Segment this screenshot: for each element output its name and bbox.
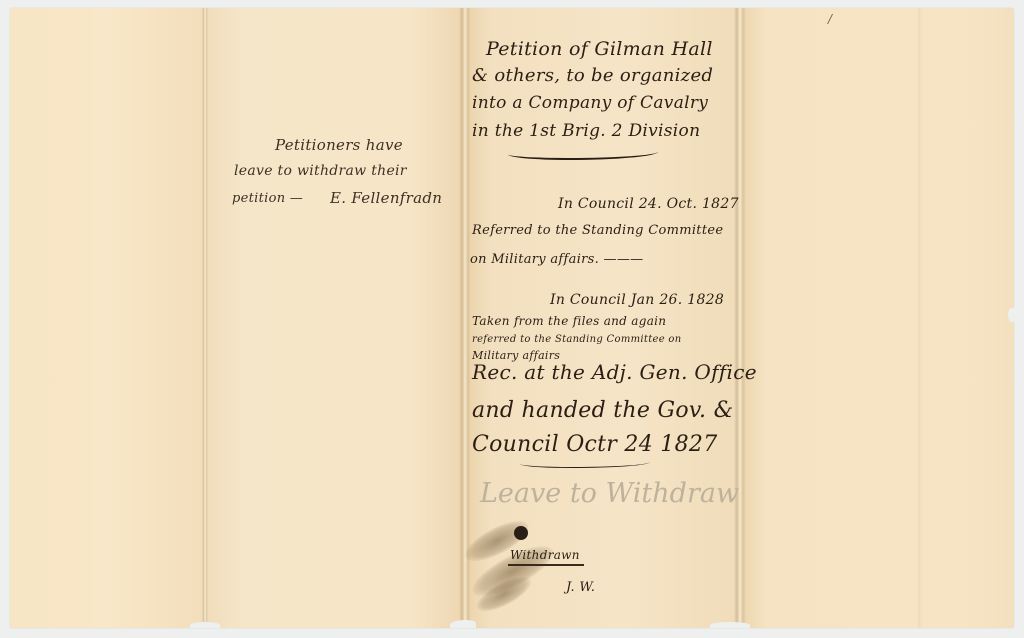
initials: J. W. <box>566 580 595 595</box>
ink-blot <box>514 526 528 540</box>
fold-crease <box>459 8 471 628</box>
title-line: Petition of Gilman Hall <box>486 38 713 60</box>
fold-crease <box>202 8 208 628</box>
fold-crease <box>918 8 922 628</box>
scanned-document: / Petitioners have leave to withdraw the… <box>0 0 1024 638</box>
receipt-line: and handed the Gov. & <box>472 398 734 423</box>
entry-line: Referred to the Standing Committee <box>472 223 723 238</box>
torn-edge <box>190 622 220 628</box>
torn-edge <box>710 622 750 628</box>
panel-left-inner <box>205 8 463 628</box>
panel-right <box>739 8 1014 628</box>
entry-line: referred to the Standing Committee on <box>472 334 682 345</box>
title-line: & others, to be organized <box>472 65 713 86</box>
entry-line: Taken from the files and again <box>472 314 666 328</box>
entry-heading: In Council 24. Oct. 1827 <box>558 196 739 212</box>
note-signature: E. Fellenfradn <box>330 189 442 207</box>
note-line: Petitioners have <box>275 136 403 154</box>
paper-sheet: / Petitioners have leave to withdraw the… <box>10 8 1014 628</box>
torn-edge <box>1008 308 1016 322</box>
receipt-line: Rec. at the Adj. Gen. Office <box>472 360 757 384</box>
withdrawn-underline <box>508 564 584 566</box>
corner-mark: / <box>828 12 832 26</box>
withdrawn-mark: Withdrawn <box>510 548 580 562</box>
entry-line: on Military affairs. ——— <box>470 252 643 267</box>
note-line: petition — <box>232 191 303 206</box>
torn-edge <box>450 620 476 628</box>
pencil-note: Leave to Withdraw <box>480 478 739 509</box>
fold-crease <box>734 8 746 628</box>
entry-heading: In Council Jan 26. 1828 <box>550 292 724 308</box>
note-line: leave to withdraw their <box>234 163 407 179</box>
receipt-line: Council Octr 24 1827 <box>472 432 718 457</box>
panel-left-outer <box>10 8 205 628</box>
title-line: in the 1st Brig. 2 Division <box>472 121 700 141</box>
title-line: into a Company of Cavalry <box>472 93 708 113</box>
